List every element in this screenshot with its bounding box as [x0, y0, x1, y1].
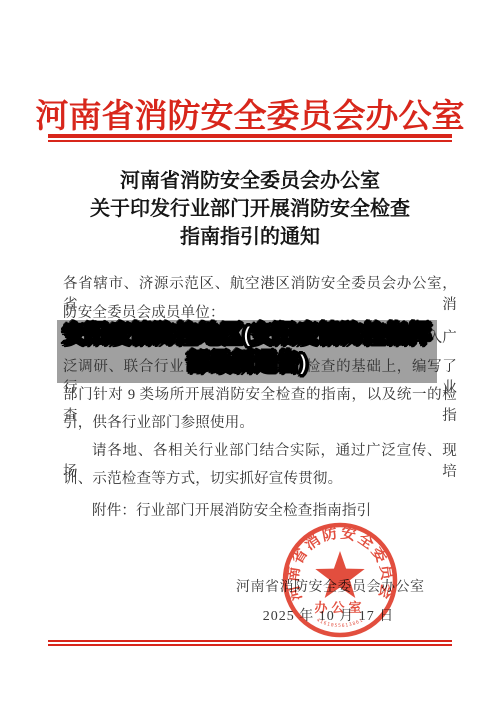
- document-title: 河南省消防安全委员会办公室 关于印发行业部门开展消防安全检查 指南指引的通知: [0, 167, 500, 251]
- news-headline-overlay: 安阳疫情防控地区(安阳疫情防控指挥 部最新通告): [57, 320, 437, 383]
- svg-text:4161055613861: 4161055613861: [315, 617, 364, 629]
- attachment-line: 附件：行业部门开展消防安全检查指南指引: [63, 499, 457, 520]
- headline-line2: 部最新通告): [187, 349, 307, 377]
- footer-double-rule: [48, 640, 452, 646]
- document-page: 河南省消防安全委员会办公室 河南省消防安全委员会办公室 关于印发行业部门开展消防…: [0, 0, 500, 706]
- seal-star-icon: [315, 551, 364, 598]
- seal-code: 4161055613861: [315, 617, 364, 629]
- document-title-line3: 指南指引的通知: [0, 223, 500, 251]
- paragraph3-line2: 训、示范检查等方式，切实抓好宣传贯彻。: [63, 467, 457, 488]
- official-seal-stamp: 河南省消防安全委员会 办公室 4161055613861: [277, 520, 403, 640]
- paragraph2-line4: 引，供各行业部门参照使用。: [63, 411, 457, 432]
- seal-office-label: 办公室: [314, 600, 365, 615]
- letterhead-double-rule: [48, 134, 452, 142]
- document-title-line1: 河南省消防安全委员会办公室: [0, 167, 500, 195]
- headline-line1: 安阳疫情防控地区(安阳疫情防控指挥: [63, 321, 431, 349]
- salutation-line2: 防安全委员会成员单位：: [63, 301, 457, 322]
- document-title-line2: 关于印发行业部门开展消防安全检查: [0, 195, 500, 223]
- letterhead-title: 河南省消防安全委员会办公室: [0, 90, 500, 137]
